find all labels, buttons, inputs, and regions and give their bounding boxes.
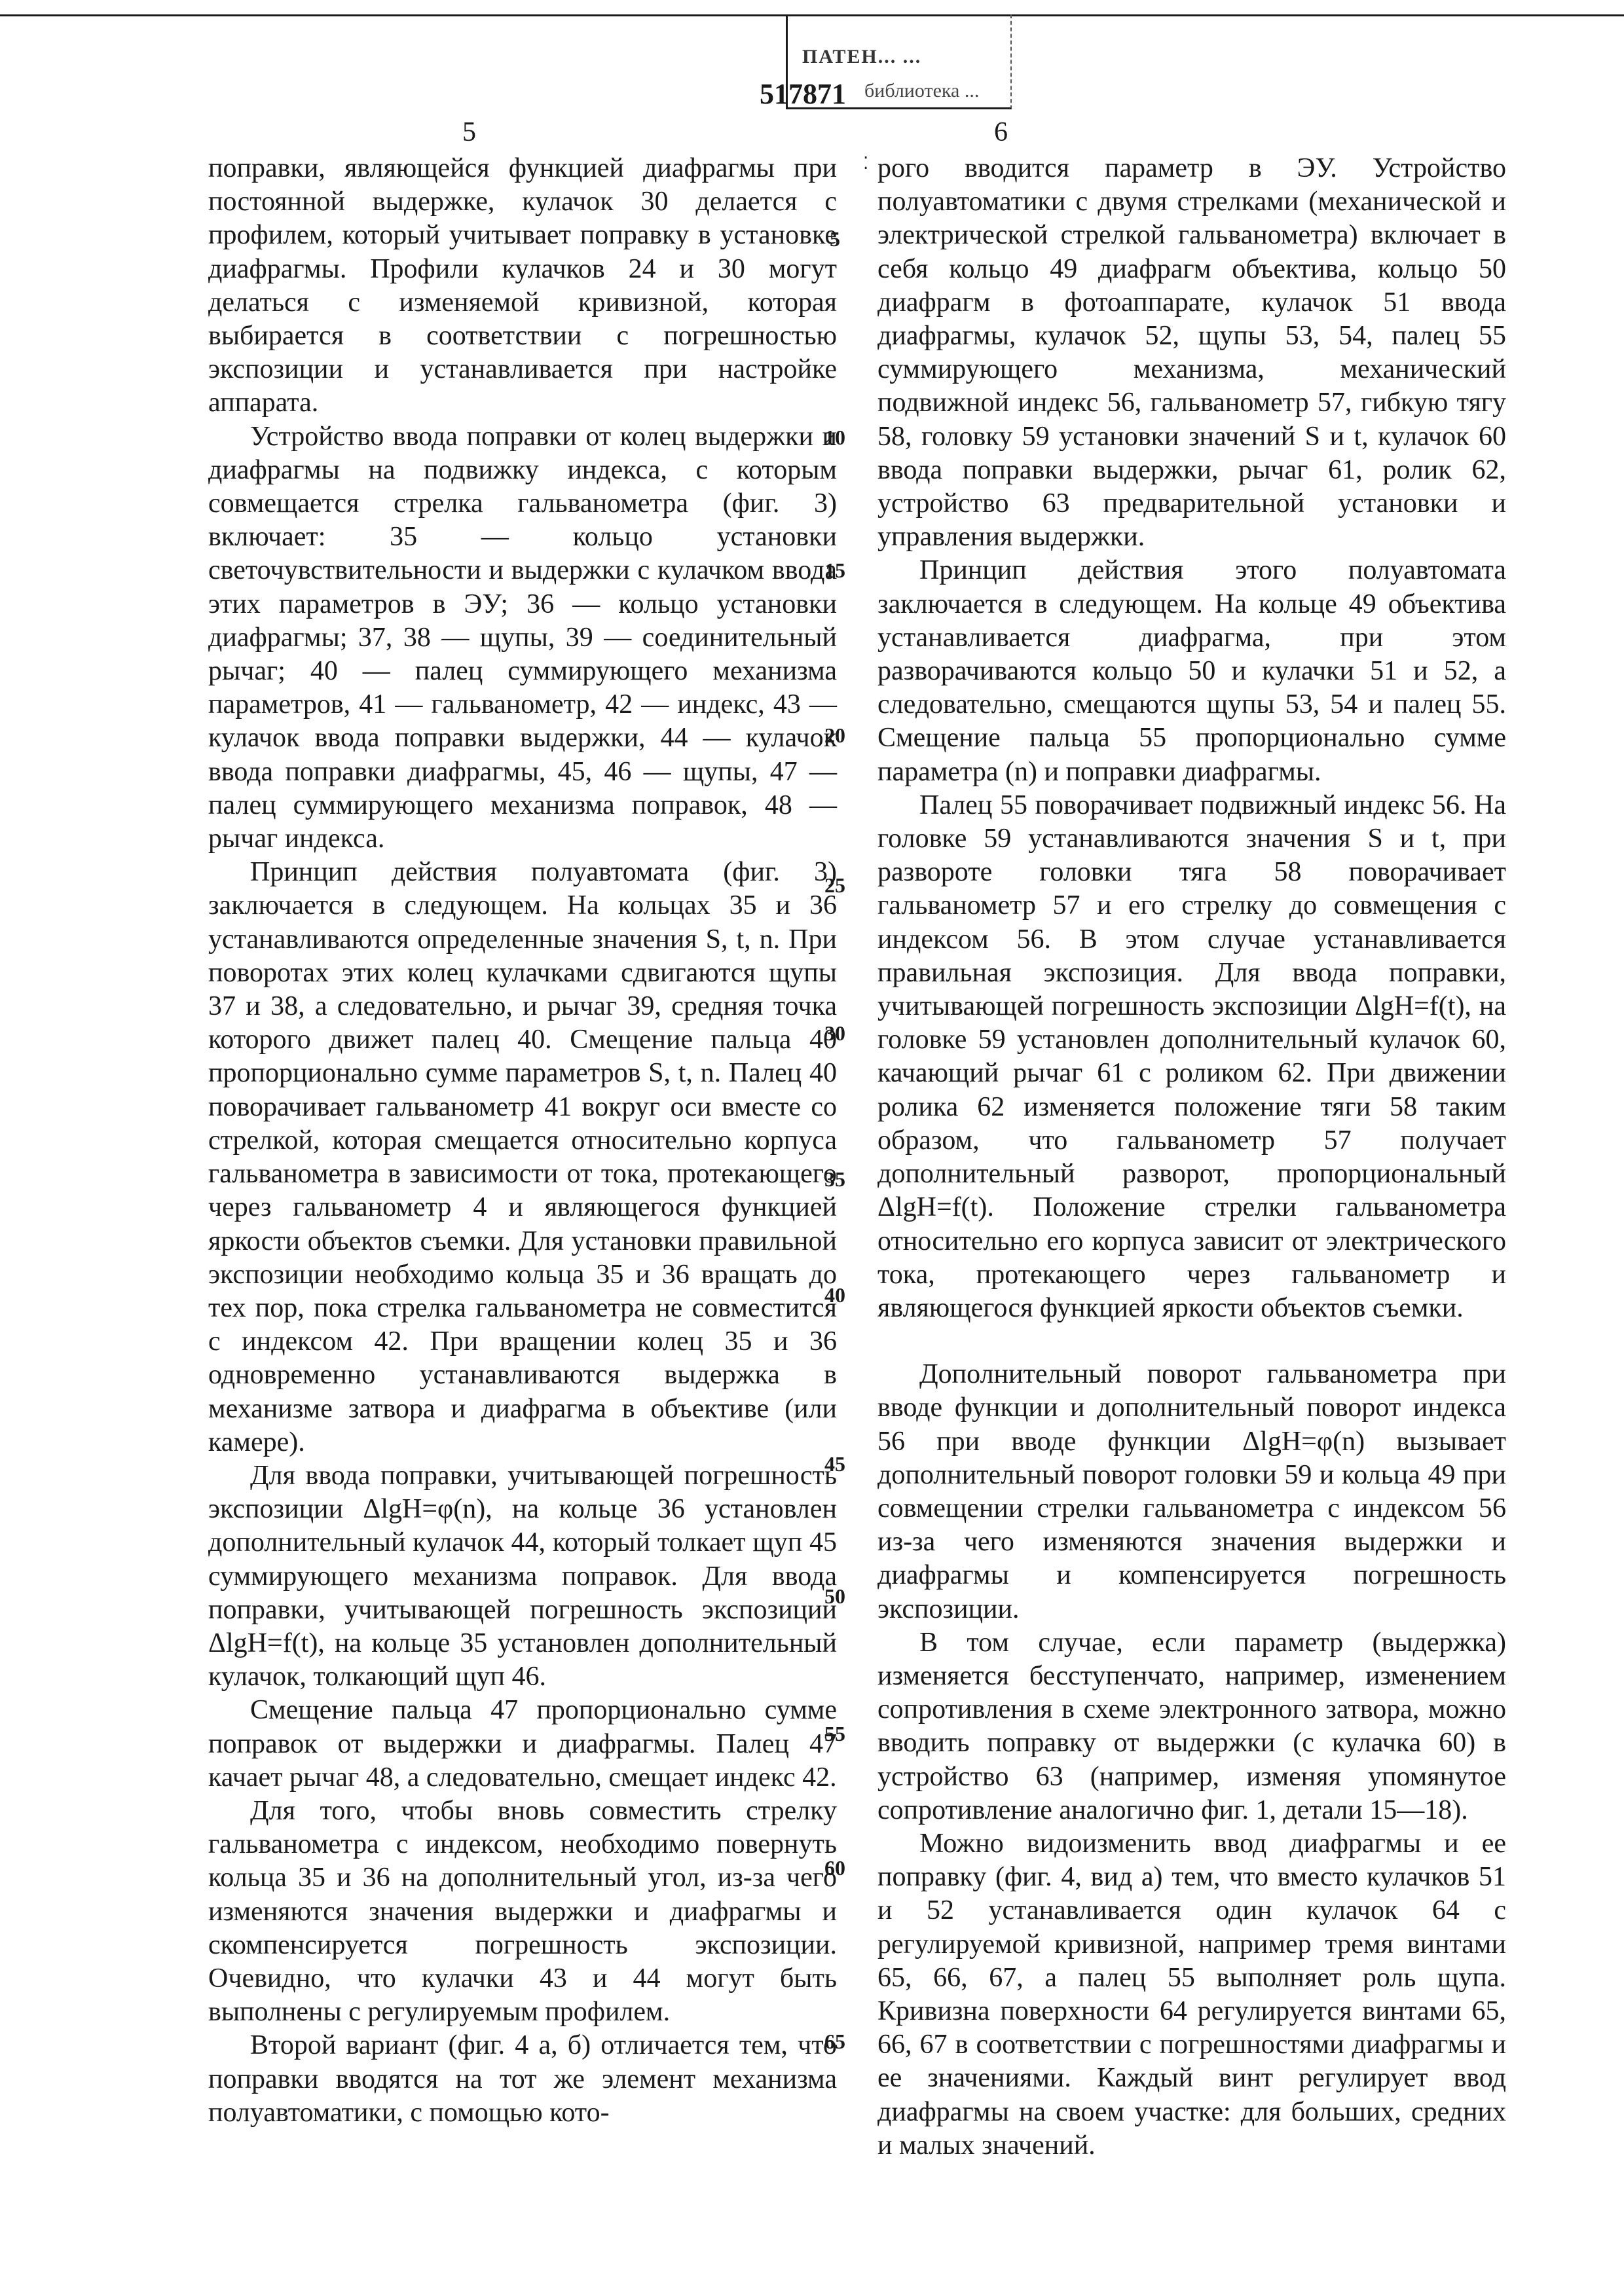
line-number: 30 <box>812 1021 858 1046</box>
paragraph: поправки, являющейся функцией диафрагмы … <box>208 152 837 420</box>
page-number-left: 5 <box>462 117 476 148</box>
stamp-library-text: библиотека ... <box>864 80 979 102</box>
line-number: 60 <box>812 1856 858 1880</box>
paragraph: Палец 55 поворачивает подвижный индекс 5… <box>877 789 1506 1325</box>
right-column: рого вводится параметр в ЭУ. Устройство … <box>877 152 1506 2162</box>
paragraph: Смещение пальца 47 пропорционально сумме… <box>208 1694 837 1795</box>
paragraph: Можно видоизменить ввод диафрагмы и ее п… <box>877 1827 1506 2162</box>
line-number: 15 <box>812 558 858 583</box>
paragraph: Принцип действия этого полуавтомата закл… <box>877 554 1506 788</box>
paragraph: Устройство ввода поправки от колец выдер… <box>208 420 837 856</box>
line-number: 40 <box>812 1283 858 1307</box>
paragraph: рого вводится параметр в ЭУ. Устройство … <box>877 152 1506 554</box>
stamp-text: ПАТЕН... ... <box>802 46 921 68</box>
line-number: 55 <box>812 1722 858 1746</box>
page-number-right: 6 <box>994 117 1008 148</box>
paragraph: Второй вариант (фиг. 4 а, б) отличается … <box>208 2029 837 2130</box>
line-number: 5 <box>812 227 858 251</box>
paragraph: Дополнительный поворот гальванометра при… <box>877 1358 1506 1626</box>
line-number: 20 <box>812 723 858 748</box>
line-number: 10 <box>812 426 858 450</box>
margin-mark: ⁚ <box>863 154 868 173</box>
line-number: 25 <box>812 873 858 898</box>
paragraph: В том случае, если параметр (выдержка) и… <box>877 1626 1506 1827</box>
line-number: 45 <box>812 1452 858 1476</box>
line-number: 65 <box>812 2030 858 2054</box>
paragraph: Принцип действия полуавтомата (фиг. 3) з… <box>208 856 837 1459</box>
line-number: 35 <box>812 1167 858 1192</box>
line-number: 50 <box>812 1584 858 1609</box>
left-column: поправки, являющейся функцией диафрагмы … <box>208 152 837 2130</box>
paragraph: Для ввода поправки, учитывающей погрешно… <box>208 1459 837 1694</box>
patent-number: 517871 <box>760 77 846 111</box>
paragraph: Для того, чтобы вновь совместить стрелку… <box>208 1795 837 2029</box>
